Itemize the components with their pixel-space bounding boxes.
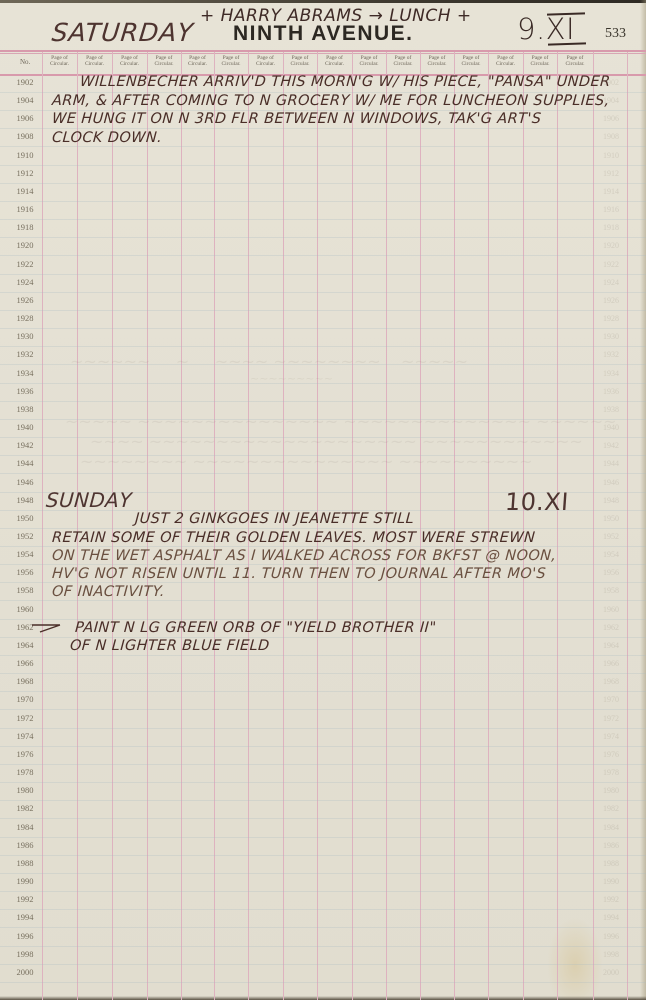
- bleed-through-row-number: 1974: [598, 732, 624, 741]
- bleed-through-text: ~~~~~~ ~ ~~~~ ~~~~~~~~ ~~~~~: [70, 352, 468, 371]
- row-number: 1934: [12, 368, 38, 378]
- page-title: NINTH AVENUE.: [233, 22, 414, 46]
- row-number: 1982: [12, 803, 38, 813]
- row-number: 2000: [12, 967, 38, 977]
- bleed-through-row-number: 1946: [598, 478, 624, 487]
- row-rule: [0, 909, 646, 910]
- saturday-date: 9.XI: [517, 12, 575, 46]
- bleed-through-row-number: 1942: [598, 441, 624, 450]
- row-rule: [0, 728, 646, 729]
- no-column-header: No.: [20, 58, 30, 66]
- page-of-circular-header: Page ofCircular.: [248, 55, 283, 73]
- bleed-through-text: ~~~~~~~~ ~~~~~~~~~~~~~~~ ~~~~~~~~~~: [80, 452, 533, 471]
- row-number: 1950: [12, 513, 38, 523]
- bleed-through-row-number: 1988: [598, 859, 624, 868]
- bleed-through-row-number: 1994: [598, 913, 624, 922]
- row-rule: [0, 255, 646, 256]
- row-rule: [0, 927, 646, 928]
- column-header-line: Circular.: [248, 61, 283, 67]
- bleed-through-row-number: 1950: [598, 514, 624, 523]
- row-number: 1976: [12, 749, 38, 759]
- column-header-line: Circular.: [386, 61, 420, 67]
- saturday-label: SATURDAY: [50, 18, 195, 47]
- page-of-circular-header: Page ofCircular.: [112, 55, 147, 73]
- saturday-entry-line: CLOCK DOWN.: [51, 130, 162, 146]
- column-header-line: Circular.: [214, 61, 248, 67]
- bleed-through-row-number: 1966: [598, 659, 624, 668]
- row-rule: [0, 146, 646, 147]
- row-number: 1994: [12, 912, 38, 922]
- sunday-label: SUNDAY: [45, 488, 133, 512]
- row-number: 1924: [12, 277, 38, 287]
- row-number: 1908: [12, 131, 38, 141]
- page-of-circular-header: Page ofCircular.: [488, 55, 523, 73]
- bleed-through-row-number: 1960: [598, 605, 624, 614]
- row-number: 1906: [12, 113, 38, 123]
- row-number: 1904: [12, 95, 38, 105]
- row-rule: [0, 964, 646, 965]
- column-rule: [42, 52, 43, 1000]
- bleed-through-row-number: 1924: [598, 278, 624, 287]
- row-rule: [0, 655, 646, 656]
- row-rule: [0, 237, 646, 238]
- row-number: 1952: [12, 531, 38, 541]
- row-number: 1932: [12, 349, 38, 359]
- row-rule: [0, 328, 646, 329]
- column-header-line: Circular.: [147, 61, 181, 67]
- bleed-through-row-number: 1912: [598, 169, 624, 178]
- page-of-circular-header: Page ofCircular.: [77, 55, 112, 73]
- row-rule: [0, 800, 646, 801]
- column-rule: [420, 52, 421, 1000]
- row-number: 1930: [12, 331, 38, 341]
- saturday-entry-line: ARM, & AFTER COMING TO N GROCERY W/ ME F…: [51, 93, 610, 109]
- sunday-entry-line: OF INACTIVITY.: [51, 584, 165, 600]
- row-rule: [0, 837, 646, 838]
- row-rule: [0, 310, 646, 311]
- column-header-line: Circular.: [283, 61, 317, 67]
- ledger-page: SATURDAY + HARRY ABRAMS → LUNCH + NINTH …: [0, 0, 646, 1000]
- bleed-through-row-number: 1910: [598, 151, 624, 160]
- column-header-line: Circular.: [352, 61, 386, 67]
- column-rule: [557, 52, 558, 1000]
- row-number: 1986: [12, 840, 38, 850]
- row-rule: [0, 582, 646, 583]
- row-rule: [0, 274, 646, 275]
- row-number: 1902: [12, 77, 38, 87]
- page-of-circular-header: Page ofCircular.: [42, 55, 77, 73]
- bleed-through-row-number: 1980: [598, 786, 624, 795]
- bleed-through-row-number: 1936: [598, 387, 624, 396]
- bleed-through-row-number: 1952: [598, 532, 624, 541]
- row-number: 1964: [12, 640, 38, 650]
- column-rule: [523, 52, 524, 1000]
- sunday-entry-line: ON THE WET ASPHALT AS I WALKED ACROSS FO…: [51, 548, 557, 564]
- row-rule: [0, 401, 646, 402]
- row-number: 1996: [12, 931, 38, 941]
- page-of-circular-header: Page ofCircular.: [283, 55, 317, 73]
- row-number: 1998: [12, 949, 38, 959]
- bleed-through-row-number: 1996: [598, 932, 624, 941]
- arrow-icon: [30, 622, 66, 634]
- saturday-entry-line: WILLENBECHER ARRIV'D THIS MORN'G W/ HIS …: [79, 74, 611, 90]
- row-number: 1936: [12, 386, 38, 396]
- row-number: 1912: [12, 168, 38, 178]
- bleed-through-row-number: 1958: [598, 586, 624, 595]
- row-number: 1944: [12, 458, 38, 468]
- row-rule: [0, 600, 646, 601]
- row-rule: [0, 855, 646, 856]
- column-rule: [593, 52, 594, 1000]
- bleed-through-row-number: 1934: [598, 369, 624, 378]
- bleed-through-row-number: 1972: [598, 714, 624, 723]
- column-header-line: Circular.: [420, 61, 454, 67]
- bleed-through-row-number: 1990: [598, 877, 624, 886]
- row-number: 1974: [12, 731, 38, 741]
- bleed-through-row-number: 1944: [598, 459, 624, 468]
- bleed-through-text: ~~~~~~~~~: [250, 372, 333, 385]
- saturday-entry-line: WE HUNG IT ON N 3RD FLR BETWEEN N WINDOW…: [51, 111, 541, 127]
- page-of-circular-header: Page ofCircular.: [147, 55, 181, 73]
- row-number: 1940: [12, 422, 38, 432]
- column-header-line: Circular.: [112, 61, 147, 67]
- sunday-date: 10.XI: [504, 488, 570, 516]
- note-entry-line: PAINT N LG GREEN ORB OF "YIELD BROTHER I…: [74, 620, 436, 636]
- row-rule: [0, 219, 646, 220]
- bleed-through-row-number: 1920: [598, 241, 624, 250]
- bleed-through-row-number: 1926: [598, 296, 624, 305]
- header-rule-top-inner: [0, 53, 646, 54]
- bleed-through-row-number: 1928: [598, 314, 624, 323]
- page-of-circular-header: Page ofCircular.: [181, 55, 214, 73]
- sunday-entry-line: HV'G NOT RISEN UNTIL 11. TURN THEN TO JO…: [51, 566, 546, 582]
- bleed-through-row-number: 1922: [598, 260, 624, 269]
- bleed-through-row-number: 1918: [598, 223, 624, 232]
- row-rule: [0, 128, 646, 129]
- row-number: 1910: [12, 150, 38, 160]
- row-number: 1984: [12, 822, 38, 832]
- row-number: 1970: [12, 694, 38, 704]
- row-rule: [0, 746, 646, 747]
- column-rule: [112, 52, 113, 1000]
- bleed-through-row-number: 1956: [598, 568, 624, 577]
- column-rule: [77, 52, 78, 1000]
- column-header-line: Circular.: [77, 61, 112, 67]
- bleed-through-text: ~~~~ ~~~~~~~~~~~~~~~~~~~~ ~~~~~~~~~~~~: [90, 432, 583, 451]
- row-number: 1926: [12, 295, 38, 305]
- row-number: 1960: [12, 604, 38, 614]
- row-rule: [0, 691, 646, 692]
- bleed-through-row-number: 1984: [598, 823, 624, 832]
- row-number: 1988: [12, 858, 38, 868]
- row-rule: [0, 673, 646, 674]
- row-rule: [0, 709, 646, 710]
- row-rule: [0, 528, 646, 529]
- row-rule: [0, 546, 646, 547]
- page-of-circular-header: Page ofCircular.: [557, 55, 593, 73]
- row-number: 1978: [12, 767, 38, 777]
- row-rule: [0, 873, 646, 874]
- row-rule: [0, 982, 646, 983]
- column-header-line: Circular.: [454, 61, 488, 67]
- row-number: 1920: [12, 240, 38, 250]
- column-rule: [454, 52, 455, 1000]
- row-number: 1980: [12, 785, 38, 795]
- column-header-line: Circular.: [557, 61, 593, 67]
- header-rule-top: [0, 50, 646, 52]
- bleed-through-row-number: 1976: [598, 750, 624, 759]
- page-right-edge: [640, 0, 646, 1000]
- column-header-line: Circular.: [523, 61, 557, 67]
- row-rule: [0, 782, 646, 783]
- row-number: 1942: [12, 440, 38, 450]
- row-number: 1946: [12, 477, 38, 487]
- row-number: 1966: [12, 658, 38, 668]
- page-of-circular-header: Page ofCircular.: [454, 55, 488, 73]
- page-of-circular-header: Page ofCircular.: [352, 55, 386, 73]
- bleed-through-row-number: 1930: [598, 332, 624, 341]
- bleed-through-row-number: 1978: [598, 768, 624, 777]
- row-rule: [0, 346, 646, 347]
- row-rule: [0, 818, 646, 819]
- page-of-circular-header: Page ofCircular.: [214, 55, 248, 73]
- page-of-circular-header: Page ofCircular.: [386, 55, 420, 73]
- row-rule: [0, 201, 646, 202]
- row-rule: [0, 183, 646, 184]
- page-number: 533: [605, 26, 626, 42]
- bleed-through-row-number: 1906: [598, 114, 624, 123]
- column-rule: [627, 52, 628, 1000]
- row-rule: [0, 764, 646, 765]
- row-rule: [0, 946, 646, 947]
- row-number: 1956: [12, 567, 38, 577]
- row-number: 1992: [12, 894, 38, 904]
- row-number: 1948: [12, 495, 38, 505]
- page-of-circular-header: Page ofCircular.: [523, 55, 557, 73]
- row-rule: [0, 564, 646, 565]
- row-number: 1928: [12, 313, 38, 323]
- sunday-entry-line: JUST 2 GINKGOES IN JEANETTE STILL: [134, 511, 414, 527]
- row-number: 1914: [12, 186, 38, 196]
- column-rule: [488, 52, 489, 1000]
- row-number: 1938: [12, 404, 38, 414]
- bleed-through-row-number: 1968: [598, 677, 624, 686]
- row-rule: [0, 473, 646, 474]
- bleed-through-row-number: 1914: [598, 187, 624, 196]
- bleed-through-row-number: 1908: [598, 132, 624, 141]
- page-top-edge: [0, 0, 646, 3]
- bleed-through-row-number: 1962: [598, 623, 624, 632]
- bleed-through-row-number: 1948: [598, 496, 624, 505]
- bleed-through-row-number: 1964: [598, 641, 624, 650]
- row-number: 1916: [12, 204, 38, 214]
- column-header-line: Circular.: [488, 61, 523, 67]
- bleed-through-row-number: 1992: [598, 895, 624, 904]
- sunday-entry-line: RETAIN SOME OF THEIR GOLDEN LEAVES. MOST…: [51, 530, 535, 546]
- row-number: 1958: [12, 585, 38, 595]
- page-of-circular-header: Page ofCircular.: [420, 55, 454, 73]
- page-of-circular-header: Page ofCircular.: [317, 55, 352, 73]
- bleed-through-row-number: 1986: [598, 841, 624, 850]
- row-rule: [0, 165, 646, 166]
- column-header-line: Circular.: [317, 61, 352, 67]
- bleed-through-text: ~~~~~ ~~~~~~~~~~~~~~~ ~~~~~~~~~~~~~~ ~~~…: [65, 412, 617, 431]
- row-number: 1990: [12, 876, 38, 886]
- row-rule: [0, 891, 646, 892]
- bleed-through-row-number: 1982: [598, 804, 624, 813]
- column-header-line: Circular.: [181, 61, 214, 67]
- bleed-through-row-number: 1932: [598, 350, 624, 359]
- page-bottom-edge: [0, 996, 646, 1000]
- row-number: 1972: [12, 713, 38, 723]
- row-number: 1918: [12, 222, 38, 232]
- note-entry-line: OF N LIGHTER BLUE FIELD: [69, 638, 270, 654]
- bleed-through-row-number: 1916: [598, 205, 624, 214]
- bleed-through-row-number: 2000: [598, 968, 624, 977]
- bleed-through-row-number: 1954: [598, 550, 624, 559]
- row-rule: [0, 292, 646, 293]
- column-header-line: Circular.: [42, 61, 77, 67]
- row-number: 1968: [12, 676, 38, 686]
- row-number: 1922: [12, 259, 38, 269]
- bleed-through-row-number: 1970: [598, 695, 624, 704]
- bleed-through-row-number: 1998: [598, 950, 624, 959]
- row-number: 1954: [12, 549, 38, 559]
